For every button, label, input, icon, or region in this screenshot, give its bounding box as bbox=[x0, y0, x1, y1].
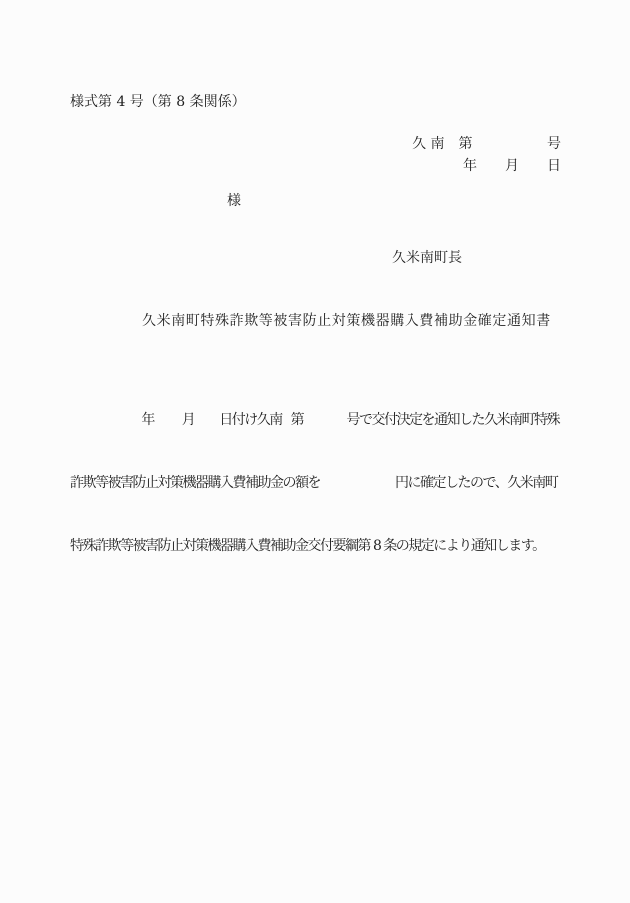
body-line-1: 年 月 日付け久南 第 号で交付決定を通知した久米南町特殊 bbox=[70, 410, 580, 431]
body-line-3: 特殊詐欺等被害防止対策機器購入費補助金交付要綱第 8 条の規定により通知します。 bbox=[70, 536, 580, 557]
document-title: 久米南町特殊詐欺等被害防止対策機器購入費補助金確定通知書 bbox=[142, 314, 551, 328]
reference-number-line: 久 南 第 号 bbox=[412, 137, 561, 151]
body-line-2: 詐欺等被害防止対策機器購入費補助金の額を 円に確定したので、久米南町 bbox=[70, 473, 580, 494]
addressee-honorific: 様 bbox=[227, 194, 241, 208]
document-page: 様式第 4 号（第 8 条関係） 久 南 第 号 年 月 日 様 久米南町長 久… bbox=[0, 0, 630, 903]
form-number-label: 様式第 4 号（第 8 条関係） bbox=[70, 95, 246, 109]
sender-title: 久米南町長 bbox=[392, 251, 462, 265]
body-paragraph: 年 月 日付け久南 第 号で交付決定を通知した久米南町特殊 詐欺等被害防止対策機… bbox=[70, 368, 580, 599]
date-line: 年 月 日 bbox=[463, 159, 561, 173]
